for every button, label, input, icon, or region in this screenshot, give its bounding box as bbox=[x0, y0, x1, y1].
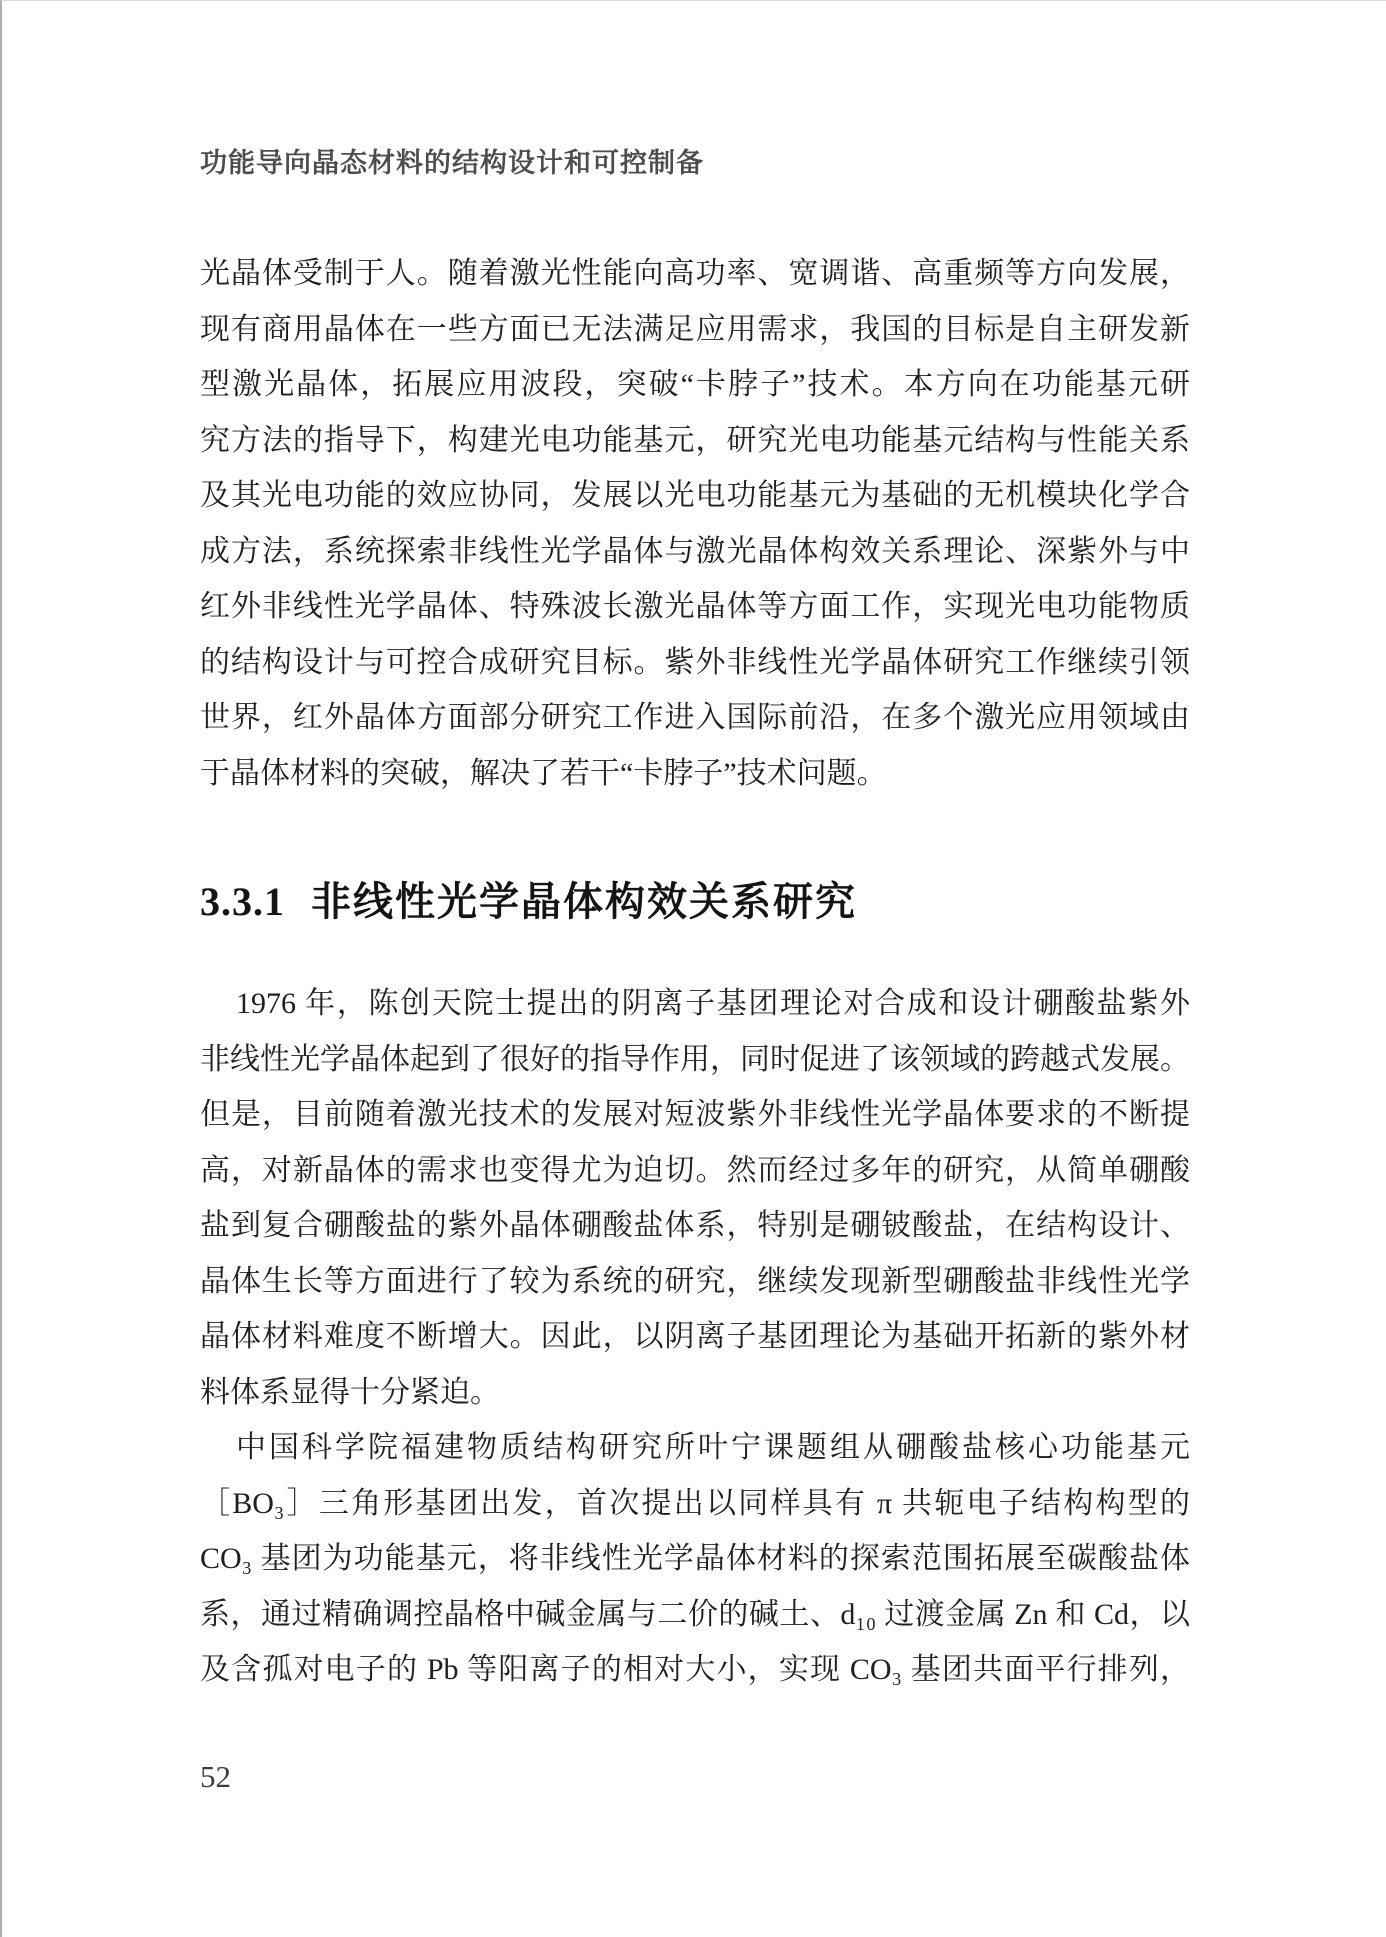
text-line: 料体系显得十分紧迫。 bbox=[200, 1365, 1190, 1421]
text-line: 光晶体受制于人。随着激光性能向高功率、宽调谐、高重频等方向发展， bbox=[200, 246, 1190, 302]
text-line: 的结构设计与可控合成研究目标。紫外非线性光学晶体研究工作继续引领 bbox=[200, 635, 1190, 691]
document-page: 功能导向晶态材料的结构设计和可控制备 光晶体受制于人。随着激光性能向高功率、宽调… bbox=[0, 0, 1386, 1937]
paragraph-1: 光晶体受制于人。随着激光性能向高功率、宽调谐、高重频等方向发展， 现有商用晶体在… bbox=[200, 246, 1190, 801]
text-line: 系，通过精确调控晶格中碱金属与二价的碱土、d₁₀ 过渡金属 Zn 和 Cd，以 bbox=[200, 1587, 1190, 1643]
text-line: 盐到复合硼酸盐的紫外晶体硼酸盐体系，特别是硼铍酸盐，在结构设计、 bbox=[200, 1198, 1190, 1254]
text-line: 究方法的指导下，构建光电功能基元，研究光电功能基元结构与性能关系 bbox=[200, 413, 1190, 469]
text-line: ［BO₃］三角形基团出发，首次提出以同样具有 π 共轭电子结构构型的 bbox=[200, 1476, 1190, 1532]
text-line: 中国科学院福建物质结构研究所叶宁课题组从硼酸盐核心功能基元 bbox=[200, 1420, 1190, 1476]
text-line: 晶体生长等方面进行了较为系统的研究，继续发现新型硼酸盐非线性光学 bbox=[200, 1254, 1190, 1310]
text-line: 成方法，系统探索非线性光学晶体与激光晶体构效关系理论、深紫外与中 bbox=[200, 524, 1190, 580]
page-number: 52 bbox=[200, 1759, 231, 1795]
text-line: CO₃ 基团为功能基元，将非线性光学晶体材料的探索范围拓展至碳酸盐体 bbox=[200, 1531, 1190, 1587]
text-line: 非线性光学晶体起到了很好的指导作用，同时促进了该领域的跨越式发展。 bbox=[200, 1032, 1190, 1088]
text-line: 现有商用晶体在一些方面已无法满足应用需求，我国的目标是自主研发新 bbox=[200, 302, 1190, 358]
text-line: 及其光电功能的效应协同，发展以光电功能基元为基础的无机模块化学合 bbox=[200, 468, 1190, 524]
section-heading: 3.3.1非线性光学晶体构效关系研究 bbox=[200, 877, 1190, 927]
text-line: 及含孤对电子的 Pb 等阳离子的相对大小，实现 CO₃ 基团共面平行排列， bbox=[200, 1642, 1190, 1698]
section-number: 3.3.1 bbox=[200, 879, 285, 924]
text-line: 于晶体材料的突破，解决了若干“卡脖子”技术问题。 bbox=[200, 746, 1190, 802]
section-title: 非线性光学晶体构效关系研究 bbox=[311, 879, 857, 924]
text-line: 1976 年，陈创天院士提出的阴离子基团理论对合成和设计硼酸盐紫外 bbox=[200, 976, 1190, 1032]
text-line: 世界，红外晶体方面部分研究工作进入国际前沿，在多个激光应用领域由 bbox=[200, 690, 1190, 746]
text-line: 但是，目前随着激光技术的发展对短波紫外非线性光学晶体要求的不断提 bbox=[200, 1087, 1190, 1143]
paragraph-2-and-3: 1976 年，陈创天院士提出的阴离子基团理论对合成和设计硼酸盐紫外 非线性光学晶… bbox=[200, 976, 1190, 1698]
text-line: 高，对新晶体的需求也变得尤为迫切。然而经过多年的研究，从简单硼酸 bbox=[200, 1143, 1190, 1199]
text-line: 红外非线性光学晶体、特殊波长激光晶体等方面工作，实现光电功能物质 bbox=[200, 579, 1190, 635]
text-line: 型激光晶体，拓展应用波段，突破“卡脖子”技术。本方向在功能基元研 bbox=[200, 357, 1190, 413]
text-line: 晶体材料难度不断增大。因此，以阴离子基团理论为基础开拓新的紫外材 bbox=[200, 1309, 1190, 1365]
running-header: 功能导向晶态材料的结构设计和可控制备 bbox=[200, 141, 704, 180]
